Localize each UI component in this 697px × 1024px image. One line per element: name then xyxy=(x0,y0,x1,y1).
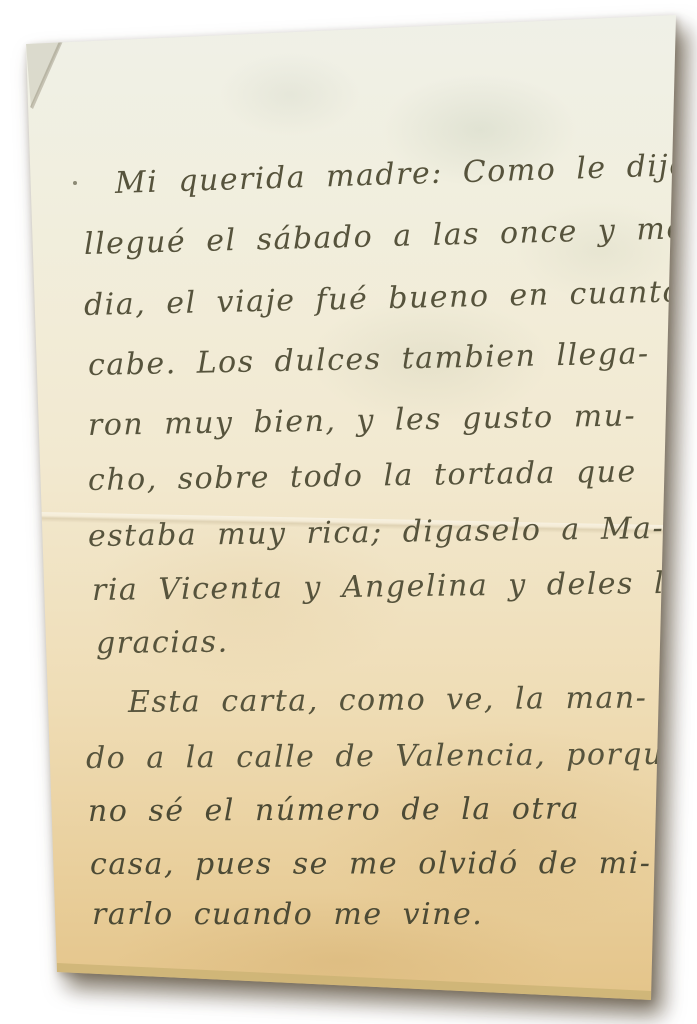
letter-line: casa, pues se me olvidó de mi- xyxy=(90,846,651,883)
letter-paper-shadow: Mi querida madre: Como le dije llegué el… xyxy=(0,0,697,1024)
letter-line: gracias. xyxy=(96,625,229,662)
letter-line: estaba muy rica; digaselo a Ma- xyxy=(88,511,665,555)
letter-line: ria Vicenta y Angelina y deles las xyxy=(92,566,697,609)
letter-line: Mi querida madre: Como le dije xyxy=(114,148,689,202)
photo-canvas: Mi querida madre: Como le dije llegué el… xyxy=(0,0,697,1024)
letter-text: Mi querida madre: Como le dije llegué el… xyxy=(0,0,697,1024)
letter-line: no sé el número de la otra xyxy=(88,791,580,830)
letter-line: cho, sobre todo la tortada que xyxy=(88,454,637,499)
letter-line: llegué el sábado a las once y me- xyxy=(84,211,697,263)
letter-line: ron muy bien, y les gusto mu- xyxy=(88,398,637,444)
letter-line: cabe. Los dulces tambien llega- xyxy=(88,336,650,384)
letter-line: rarlo cuando me vine. xyxy=(92,897,483,933)
letter-line: Esta carta, como ve, la man- xyxy=(128,680,648,721)
letter-line: do a la calle de Valencia, porque xyxy=(86,737,683,777)
letter-paper: Mi querida madre: Como le dije llegué el… xyxy=(0,0,697,1024)
letter-line: dia, el viaje fué bueno en cuanto xyxy=(84,274,683,324)
